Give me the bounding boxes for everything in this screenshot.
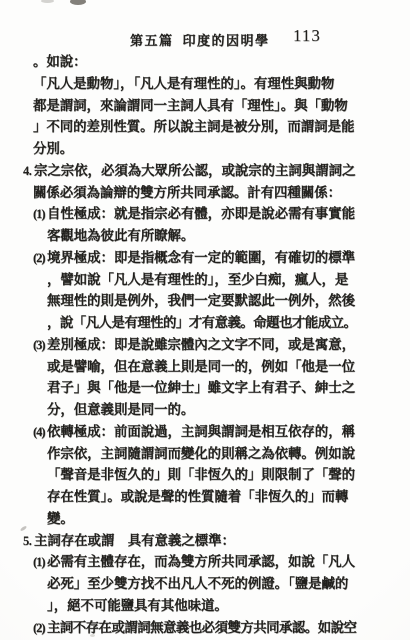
item-number: (2) <box>33 618 47 640</box>
text-line: 主詞不存在或謂詞無意義也必須雙方共同承認。如說空 <box>47 620 356 635</box>
text-line: 「凡人是動物」，「凡人是有理性的」。有理性與動物 <box>33 73 363 95</box>
text-line: 變。 <box>33 508 363 530</box>
text-line: 客觀地為彼此有所瞭解。 <box>33 225 363 247</box>
page-number: 113 <box>293 26 321 46</box>
list-item-4-2: (2)境界極成：即是指概念有一定的範圍，有確切的標準 <box>33 247 363 269</box>
list-item-5-2: (2)主詞不存在或謂詞無意義也必須雙方共同承認。如說空 <box>33 617 363 639</box>
item-number: (1) <box>33 552 47 574</box>
item-number: (2) <box>33 248 47 270</box>
list-item-4-3: (3)差別極成：即是說雖宗體內之文字不同，或是寓意， <box>33 334 363 356</box>
text-line: 」不同的差別性質。所以說主詞是被分別，而謂詞是能 <box>33 116 363 138</box>
list-item-4-1: (1)自性極成：就是指宗必有體，亦即是說必需有事實能 <box>33 203 363 225</box>
scan-smudge <box>41 0 54 3</box>
text-line: 作宗依，主詞隨謂詞而變化的則稱之為依轉。例如說 <box>33 443 363 465</box>
text-line: 都是謂詞，來論謂同一主詞人具有「理性」。與「動物 <box>33 95 363 117</box>
chapter-title: 第五篇印度的因明學 <box>130 30 270 49</box>
list-item-5: 5.主詞存在或謂 具有意義之標準： <box>23 530 363 552</box>
text-line: ，譬如說「凡人是有理性的」，至少白痴，瘋人，是 <box>33 269 363 291</box>
text-line: 差別極成：即是說雖宗體內之文字不同，或是寓意， <box>47 337 355 352</box>
text-line: 關係必須為論辯的雙方所共同承認。計有四種關係： <box>33 182 363 204</box>
text-line: 」，絕不可能鹽具有其他味道。 <box>33 595 363 617</box>
text-line: 存在性質」。或說是聲的性質隨着「非恆久的」而轉 <box>33 486 363 508</box>
text-line: 分，但意義則是同一的。 <box>33 399 363 421</box>
item-number: 4. <box>23 161 34 183</box>
list-item-4: 4.宗之宗依，必須為大眾所公認，或說宗的主詞與謂詞之 <box>23 160 363 182</box>
chapter-name: 印度的因明學 <box>183 33 270 48</box>
item-number: (4) <box>33 422 47 444</box>
chapter-number: 第五篇 <box>130 33 174 48</box>
text-line: ，說「凡人是有理性的」才有意義。命題也才能成立。 <box>33 312 363 334</box>
scan-smudge <box>70 0 86 5</box>
text-line: 必死」至少雙方找不出凡人不死的例證。「鹽是鹹的 <box>33 573 363 595</box>
text-line: 無理性的則是例外，我們一定要默認此一例外，然後 <box>33 290 363 312</box>
text-line: 。如說： <box>33 51 363 73</box>
text-line: 分別。 <box>33 138 363 160</box>
item-number: 5. <box>23 531 34 553</box>
text-line: 依轉極成：前面說過，主詞與謂詞是相互依存的，稱 <box>47 424 355 439</box>
list-item-5-1: (1)必需有主體存在，而為雙方所共同承認，如說「凡人 <box>33 551 363 573</box>
book-page: 第五篇印度的因明學 113 。如說： 「凡人是動物」，「凡人是有理性的」。有理性… <box>0 0 410 640</box>
page-body-text: 。如說： 「凡人是動物」，「凡人是有理性的」。有理性與動物 都是謂詞，來論謂同一… <box>33 51 363 638</box>
text-line: 君子」與「他是一位紳士」雖文字上有君子、紳士之 <box>33 377 363 399</box>
running-header: 第五篇印度的因明學 113 <box>0 29 410 49</box>
list-item-4-4: (4)依轉極成：前面說過，主詞與謂詞是相互依存的，稱 <box>33 421 363 443</box>
text-line: 或是譬喻，但在意義上則是同一的，例如「他是一位 <box>33 356 363 378</box>
item-number: (3) <box>33 335 47 357</box>
text-line: 「聲音是非恆久的」則「非恆久的」則限制了「聲的 <box>33 464 363 486</box>
text-line: 自性極成：就是指宗必有體，亦即是說必需有事實能 <box>47 206 355 221</box>
text-line: 主詞存在或謂 具有意義之標準： <box>34 533 235 548</box>
item-number: (1) <box>33 204 47 226</box>
text-line: 境界極成：即是指概念有一定的範圍，有確切的標準 <box>47 250 355 265</box>
text-line: 宗之宗依，必須為大眾所公認，或說宗的主詞與謂詞之 <box>34 163 355 178</box>
text-line: 必需有主體存在，而為雙方所共同承認，如說「凡人 <box>47 554 355 569</box>
